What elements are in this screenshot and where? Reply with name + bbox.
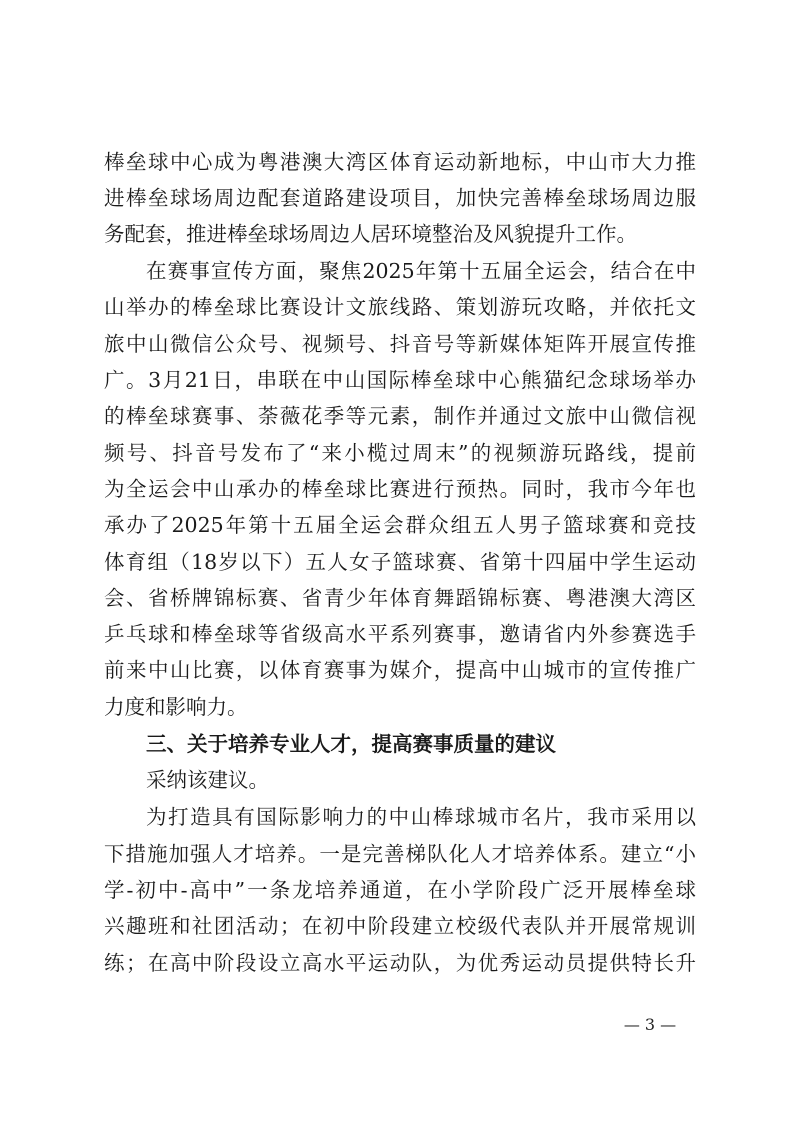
paragraph-line: 棒垒球中心成为粤港澳大湾区体育运动新地标，中山市大力推 <box>104 144 696 180</box>
page-number: — 3 — <box>600 1015 700 1034</box>
document-page: 棒垒球中心成为粤港澳大湾区体育运动新地标，中山市大力推 进棒垒球场周边配套道路建… <box>0 0 800 1131</box>
paragraph-line: 山举办的棒垒球比赛设计文旅线路、策划游玩攻略，并依托文 <box>104 289 696 325</box>
paragraph-line: 务配套，推进棒垒球场周边人居环境整治及风貌提升工作。 <box>104 216 696 252</box>
paragraph-line: 采纳该建议。 <box>146 762 696 798</box>
paragraph-line: 为全运会中山承办的棒垒球比赛进行预热。同时，我市今年也 <box>104 471 696 507</box>
paragraph-line: 体育组（18岁以下）五人女子篮球赛、省第十四届中学生运动 <box>104 544 696 580</box>
paragraph-line: 兴趣班和社团活动；在初中阶段建立校级代表队并开展常规训 <box>104 908 696 944</box>
paragraph-line: 承办了2025年第十五届全运会群众组五人男子篮球赛和竞技 <box>104 507 696 543</box>
paragraph-line: 旅中山微信公众号、视频号、抖音号等新媒体矩阵开展宣传推 <box>104 326 696 362</box>
paragraph-line: 学-初中-高中”一条龙培养通道，在小学阶段广泛开展棒垒球 <box>104 872 696 908</box>
paragraph-line: 进棒垒球场周边配套道路建设项目，加快完善棒垒球场周边服 <box>104 180 696 216</box>
paragraph-line: 广。3月21日，串联在中山国际棒垒球中心熊猫纪念球场举办 <box>104 362 696 398</box>
paragraph-line: 在赛事宣传方面，聚焦2025年第十五届全运会，结合在中 <box>146 253 696 289</box>
paragraph-line: 会、省桥牌锦标赛、省青少年体育舞蹈锦标赛、粤港澳大湾区 <box>104 580 696 616</box>
paragraph-line: 乒乓球和棒垒球等省级高水平系列赛事，邀请省内外参赛选手 <box>104 616 696 652</box>
section-heading: 三、关于培养专业人才，提高赛事质量的建议 <box>146 726 696 762</box>
paragraph-line: 练；在高中阶段设立高水平运动队，为优秀运动员提供特长升 <box>104 945 696 981</box>
paragraph-line: 力度和影响力。 <box>104 689 696 725</box>
paragraph-line: 的棒垒球赛事、荼薇花季等元素，制作并通过文旅中山微信视 <box>104 398 696 434</box>
paragraph-line: 频号、抖音号发布了“来小榄过周末”的视频游玩路线，提前 <box>104 435 696 471</box>
paragraph-line: 下措施加强人才培养。一是完善梯队化人才培养体系。建立“小 <box>104 836 696 872</box>
paragraph-line: 前来中山比赛，以体育赛事为媒介，提高中山城市的宣传推广 <box>104 652 696 688</box>
paragraph-line: 为打造具有国际影响力的中山棒球城市名片，我市采用以 <box>146 799 696 835</box>
